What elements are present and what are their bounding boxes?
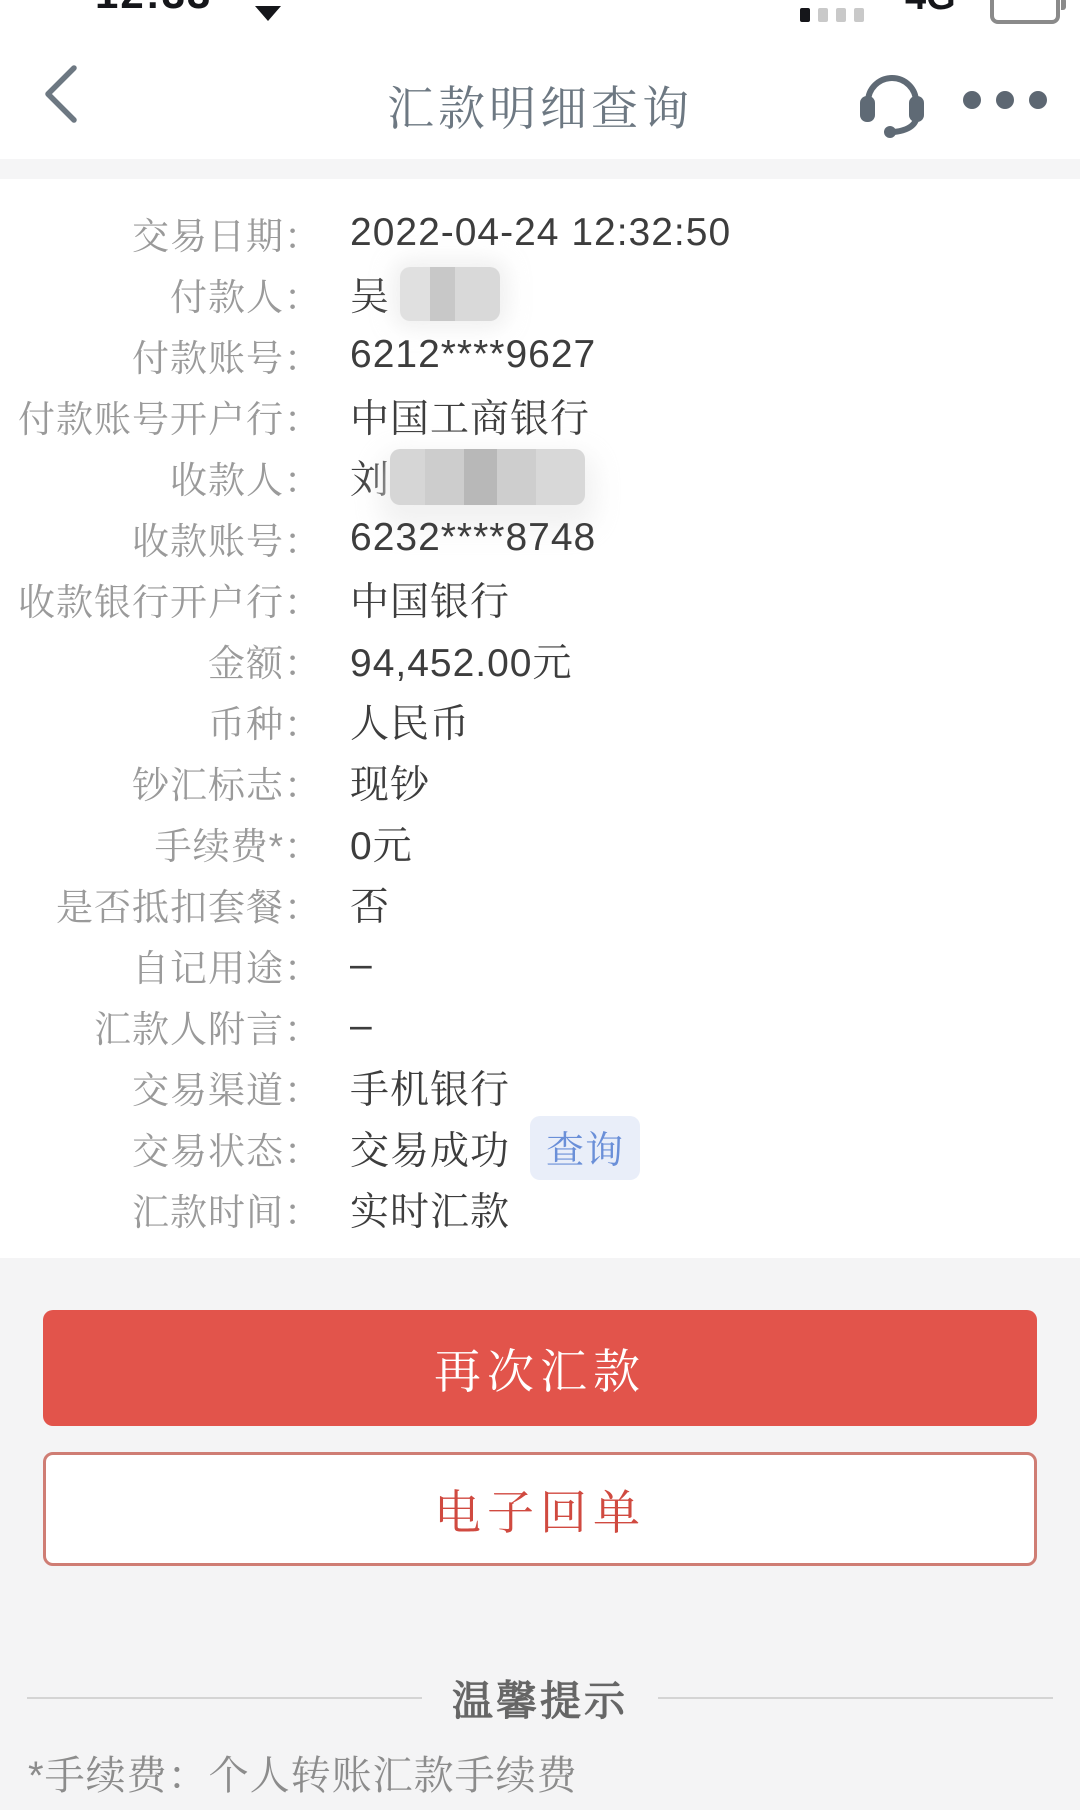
row-label: 付款账号： <box>0 328 322 382</box>
customer-service-button[interactable] <box>852 60 932 140</box>
divider-line <box>658 1697 1053 1699</box>
row-transaction-date: 交易日期： 2022-04-24 12:32:50 <box>0 202 1080 263</box>
row-value: 6212****9627 <box>350 333 596 377</box>
header-divider-band <box>0 159 1080 179</box>
row-label: 收款人： <box>0 450 322 504</box>
header: 汇款明细查询 <box>0 24 1080 159</box>
row-amount: 金额： 94,452.00元 <box>0 629 1080 690</box>
fee-footnote: *手续费：个人转账汇款手续费 <box>28 1744 578 1801</box>
row-label: 收款银行开户行： <box>0 572 322 626</box>
row-currency: 币种： 人民币 <box>0 690 1080 751</box>
row-payee: 收款人： 刘 <box>0 446 1080 507</box>
row-label: 收款账号： <box>0 511 322 565</box>
row-value: 手机银行 <box>350 1059 510 1115</box>
row-package-deduction: 是否抵扣套餐： 否 <box>0 873 1080 934</box>
tips-header: 温馨提示 <box>27 1668 1053 1727</box>
row-payer: 付款人： 吴 <box>0 263 1080 324</box>
footer-area: 再次汇款 电子回单 温馨提示 *手续费：个人转账汇款手续费 <box>0 1258 1080 1810</box>
more-menu-button[interactable] <box>955 60 1055 140</box>
row-value: – <box>350 1004 373 1048</box>
row-value: 6232****8748 <box>350 516 596 560</box>
row-payer-account: 付款账号： 6212****9627 <box>0 324 1080 385</box>
row-value: 交易成功查询 <box>350 1116 640 1180</box>
ellipsis-icon <box>962 90 1048 110</box>
row-remit-time: 汇款时间： 实时汇款 <box>0 1178 1080 1239</box>
headset-icon <box>856 62 928 138</box>
signal-icon <box>836 8 846 22</box>
signal-icon <box>818 8 828 22</box>
detail-list: 交易日期： 2022-04-24 12:32:50 付款人： 吴 付款账号： 6… <box>0 179 1080 1239</box>
row-status: 交易状态： 交易成功查询 <box>0 1117 1080 1178</box>
row-label: 交易渠道： <box>0 1060 322 1114</box>
signal-icon <box>854 8 864 22</box>
row-label: 手续费*： <box>0 816 322 870</box>
divider-line <box>27 1697 422 1699</box>
redaction-blur <box>390 449 585 505</box>
e-receipt-button[interactable]: 电子回单 <box>43 1452 1037 1566</box>
tips-title: 温馨提示 <box>452 1668 628 1727</box>
row-payee-bank: 收款银行开户行： 中国银行 <box>0 568 1080 629</box>
row-label: 钞汇标志： <box>0 755 322 809</box>
row-value: 0元 <box>350 815 413 871</box>
row-fee: 手续费*： 0元 <box>0 812 1080 873</box>
row-cash-remit-flag: 钞汇标志： 现钞 <box>0 751 1080 812</box>
row-value: 人民币 <box>350 693 470 749</box>
status-bar: 12:33 4G <box>0 0 1080 24</box>
location-arrow-icon <box>255 6 281 21</box>
row-label: 交易状态： <box>0 1121 322 1175</box>
query-status-button[interactable]: 查询 <box>530 1116 640 1180</box>
row-value: 否 <box>350 876 390 932</box>
row-label: 汇款时间： <box>0 1182 322 1236</box>
row-channel: 交易渠道： 手机银行 <box>0 1056 1080 1117</box>
row-value: 中国银行 <box>350 571 510 627</box>
row-payer-bank: 付款账号开户行： 中国工商银行 <box>0 385 1080 446</box>
remittance-detail-screen: 12:33 4G 汇款明细查询 <box>0 0 1080 1810</box>
network-type-label: 4G <box>905 0 956 19</box>
clock-time: 12:33 <box>95 0 212 18</box>
row-value: – <box>350 943 373 987</box>
row-label: 自记用途： <box>0 938 322 992</box>
row-value: 现钞 <box>350 754 430 810</box>
row-label: 汇款人附言： <box>0 999 322 1053</box>
row-label: 金额： <box>0 633 322 687</box>
row-label: 付款账号开户行： <box>0 389 322 443</box>
row-label: 付款人： <box>0 267 322 321</box>
row-value: 实时汇款 <box>350 1181 510 1237</box>
signal-icon <box>800 8 810 22</box>
row-value: 94,452.00元 <box>350 632 573 688</box>
row-label: 交易日期： <box>0 206 322 260</box>
row-label: 币种： <box>0 694 322 748</box>
row-self-note: 自记用途： – <box>0 934 1080 995</box>
row-value: 吴 <box>350 266 500 322</box>
row-label: 是否抵扣套餐： <box>0 877 322 931</box>
row-value: 刘 <box>350 449 390 505</box>
remit-again-button[interactable]: 再次汇款 <box>43 1310 1037 1426</box>
battery-icon <box>990 0 1060 24</box>
row-payee-account: 收款账号： 6232****8748 <box>0 507 1080 568</box>
row-remitter-message: 汇款人附言： – <box>0 995 1080 1056</box>
row-value: 2022-04-24 12:32:50 <box>350 211 731 255</box>
row-value: 中国工商银行 <box>350 388 590 444</box>
redaction-blur <box>400 267 500 321</box>
